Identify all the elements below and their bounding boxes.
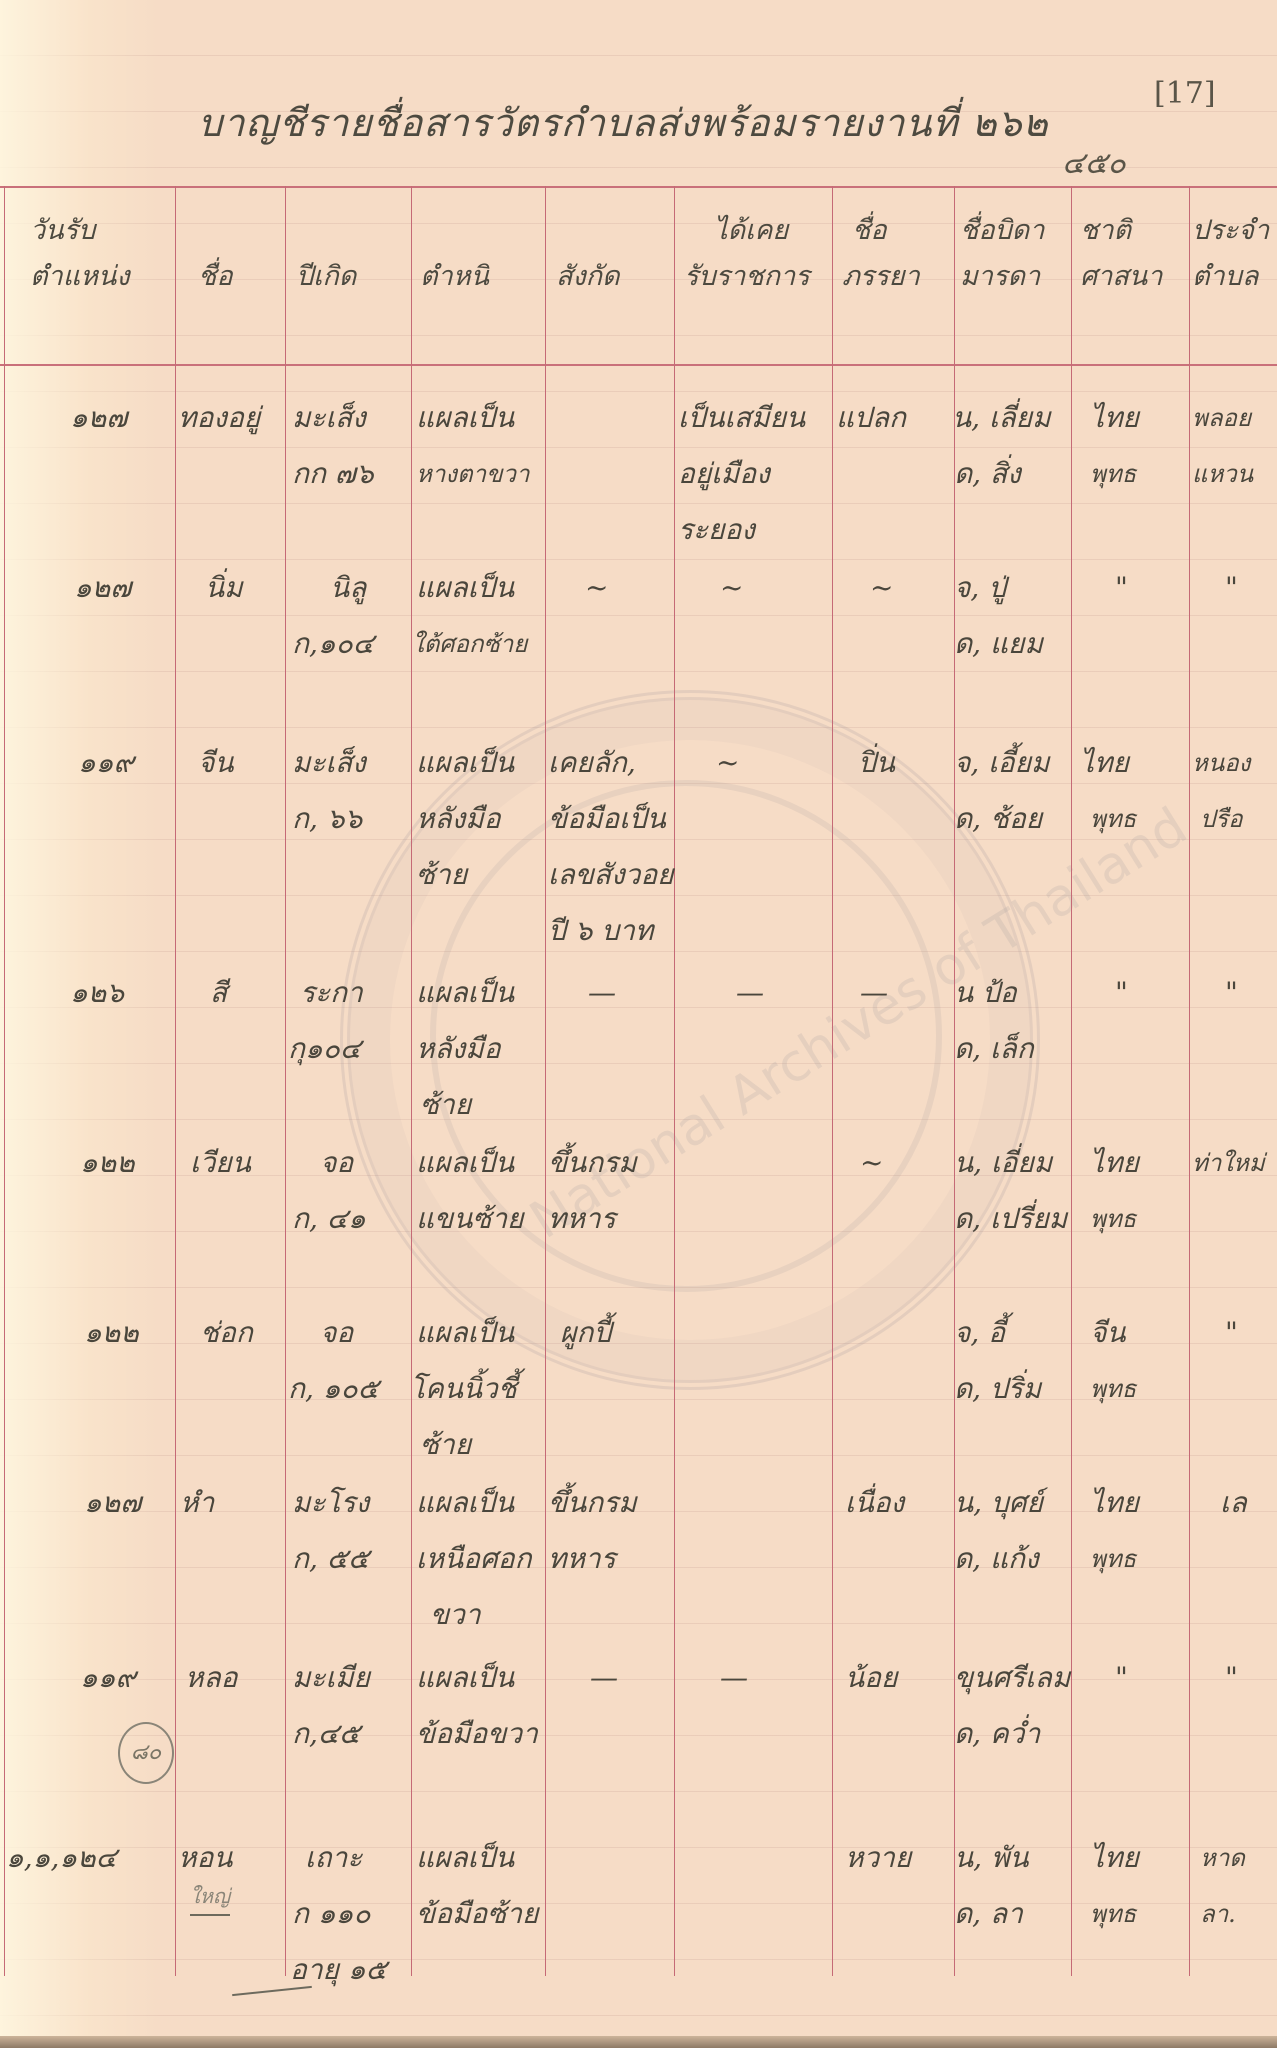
document-sub-number: ๔๕๐ <box>1062 140 1126 187</box>
header-name: ชื่อ <box>198 254 233 300</box>
column-divider <box>1189 186 1190 1976</box>
header-affiliation: สังกัด <box>556 254 620 300</box>
header-spouse: ชื่อ ภรรยา <box>842 208 920 300</box>
header-service: ได้เคย รับราชการ <box>684 208 810 300</box>
header-post: ประจำ ตำบล <box>1192 208 1269 300</box>
header-bottom-rule <box>0 364 1277 366</box>
header-nationality: ชาติ ศาสนา <box>1080 208 1162 300</box>
column-divider <box>4 186 5 1976</box>
column-divider <box>545 186 546 1976</box>
margin-circle-note: ๘๐ <box>118 1722 174 1784</box>
column-divider <box>175 186 176 1976</box>
header-birth-year: ปีเกิด <box>296 254 356 300</box>
column-divider <box>1071 186 1072 1976</box>
header-top-rule <box>0 186 1277 188</box>
ledger-page: National Archives of Thailand บาญชีรายชื… <box>0 0 1277 2048</box>
page-title: บาญชีรายชื่อสารวัตรกำบลส่งพร้อมรายงานที่… <box>198 92 1049 153</box>
page-bottom-edge <box>0 2036 1277 2048</box>
column-divider <box>832 186 833 1976</box>
header-parents: ชื่อบิดา มารดา <box>960 208 1044 300</box>
header-date: วันรับ ตำแหน่ง <box>30 208 130 300</box>
name-annotation: ใหญ่ <box>190 1880 230 1916</box>
column-divider <box>411 186 412 1976</box>
header-marks: ตำหนิ <box>420 254 489 300</box>
page-reference-number: [17] <box>1154 76 1216 111</box>
column-divider <box>674 186 675 1976</box>
column-divider <box>285 186 286 1976</box>
